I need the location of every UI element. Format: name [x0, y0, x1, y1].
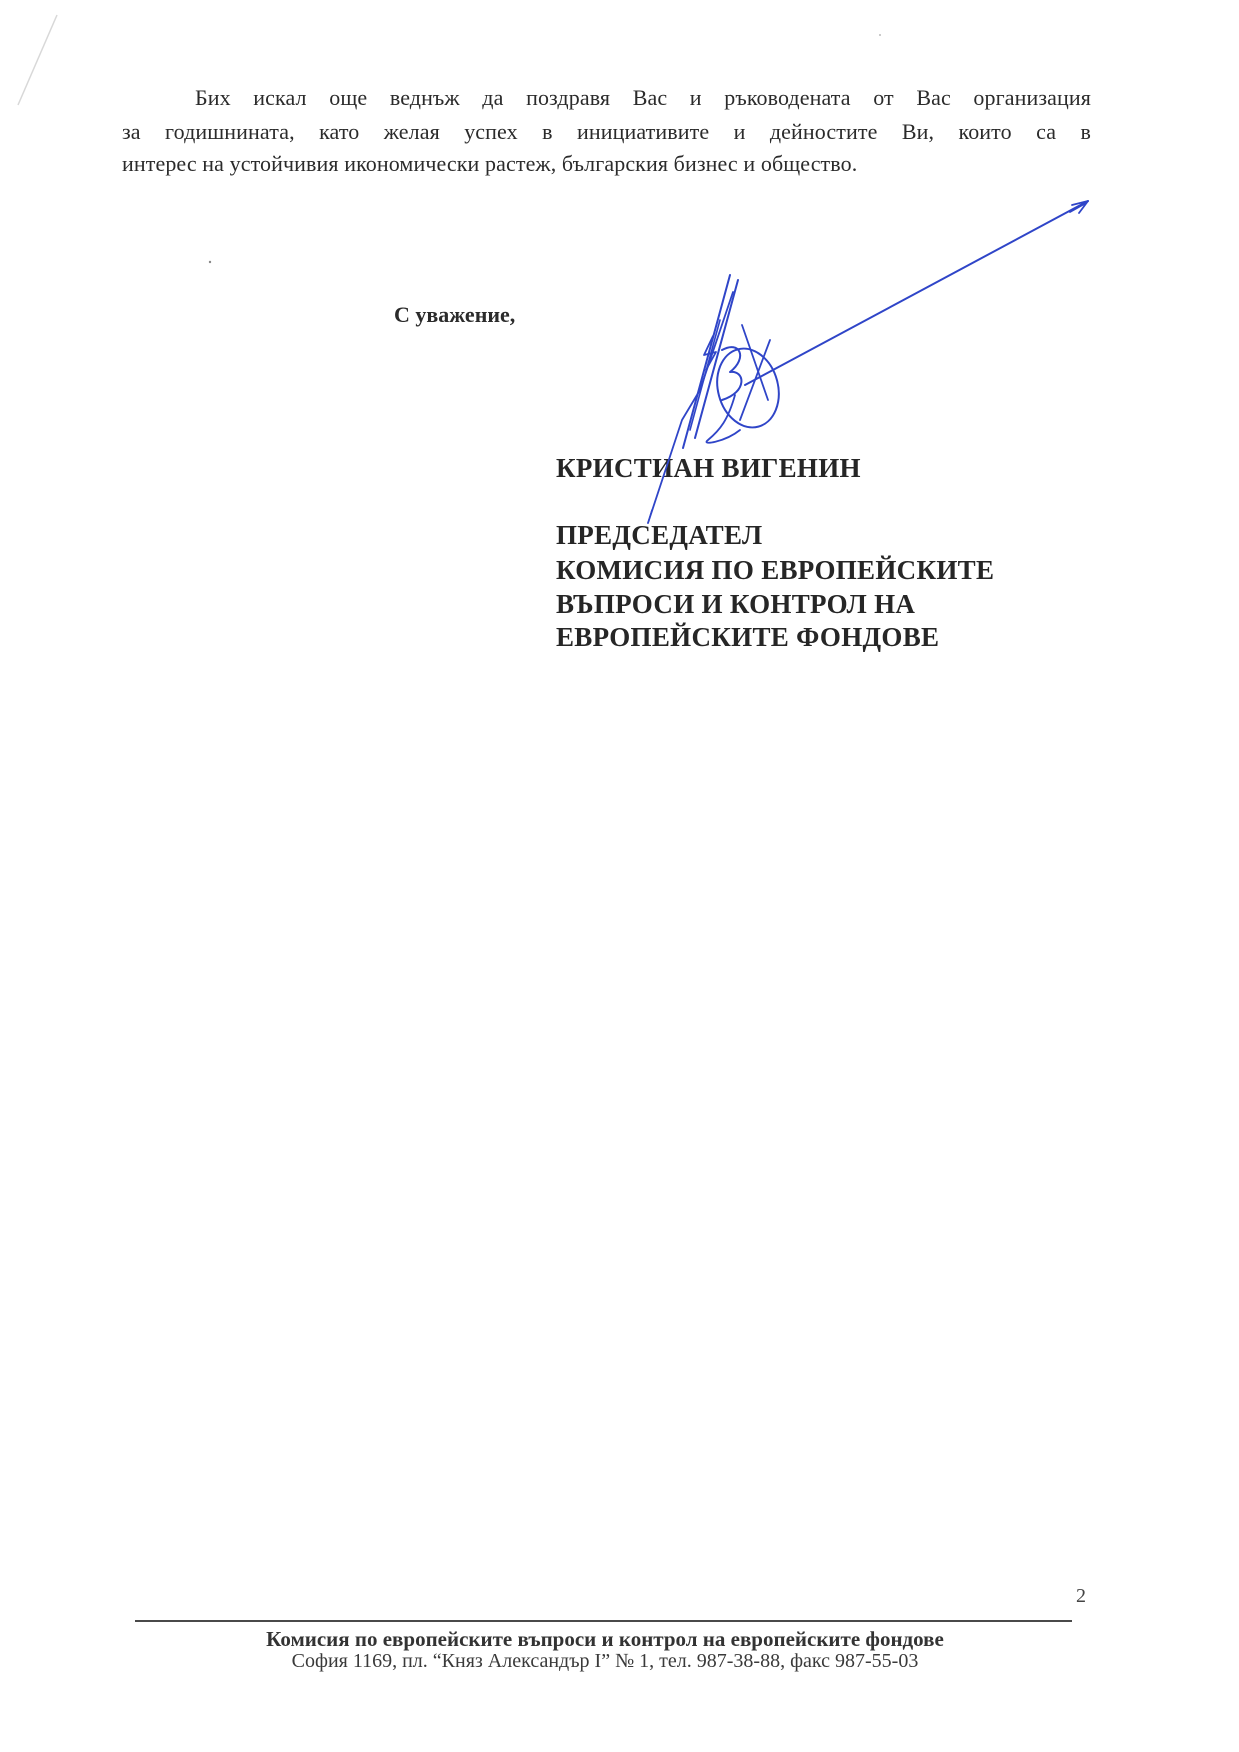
footer-address: София 1169, пл. “Княз Александър I” № 1,…	[0, 1650, 1210, 1673]
signatory-name: КРИСТИАН ВИГЕНИН	[556, 453, 861, 484]
paragraph-line: интерес на устойчивия икономически расте…	[122, 150, 1091, 178]
paragraph-line: Бих искал още веднъж да поздравя Вас и р…	[195, 84, 1091, 112]
signatory-title-line: КОМИСИЯ ПО ЕВРОПЕЙСКИТЕ	[556, 555, 994, 586]
page-number: 2	[1076, 1585, 1086, 1608]
closing-salutation: С уважение,	[394, 302, 515, 328]
signatory-title-line: ПРЕДСЕДАТЕЛ	[556, 520, 762, 551]
scan-artifact	[0, 0, 1239, 1752]
paragraph-line: за годишнината, като желая успех в иници…	[122, 118, 1091, 146]
handwritten-signature	[0, 0, 1239, 1752]
footer-divider	[135, 1620, 1072, 1622]
signatory-title-line: ЕВРОПЕЙСКИТЕ ФОНДОВЕ	[556, 622, 939, 653]
signatory-title-line: ВЪПРОСИ И КОНТРОЛ НА	[556, 589, 915, 620]
footer-organization: Комисия по европейските въпроси и контро…	[0, 1627, 1210, 1652]
